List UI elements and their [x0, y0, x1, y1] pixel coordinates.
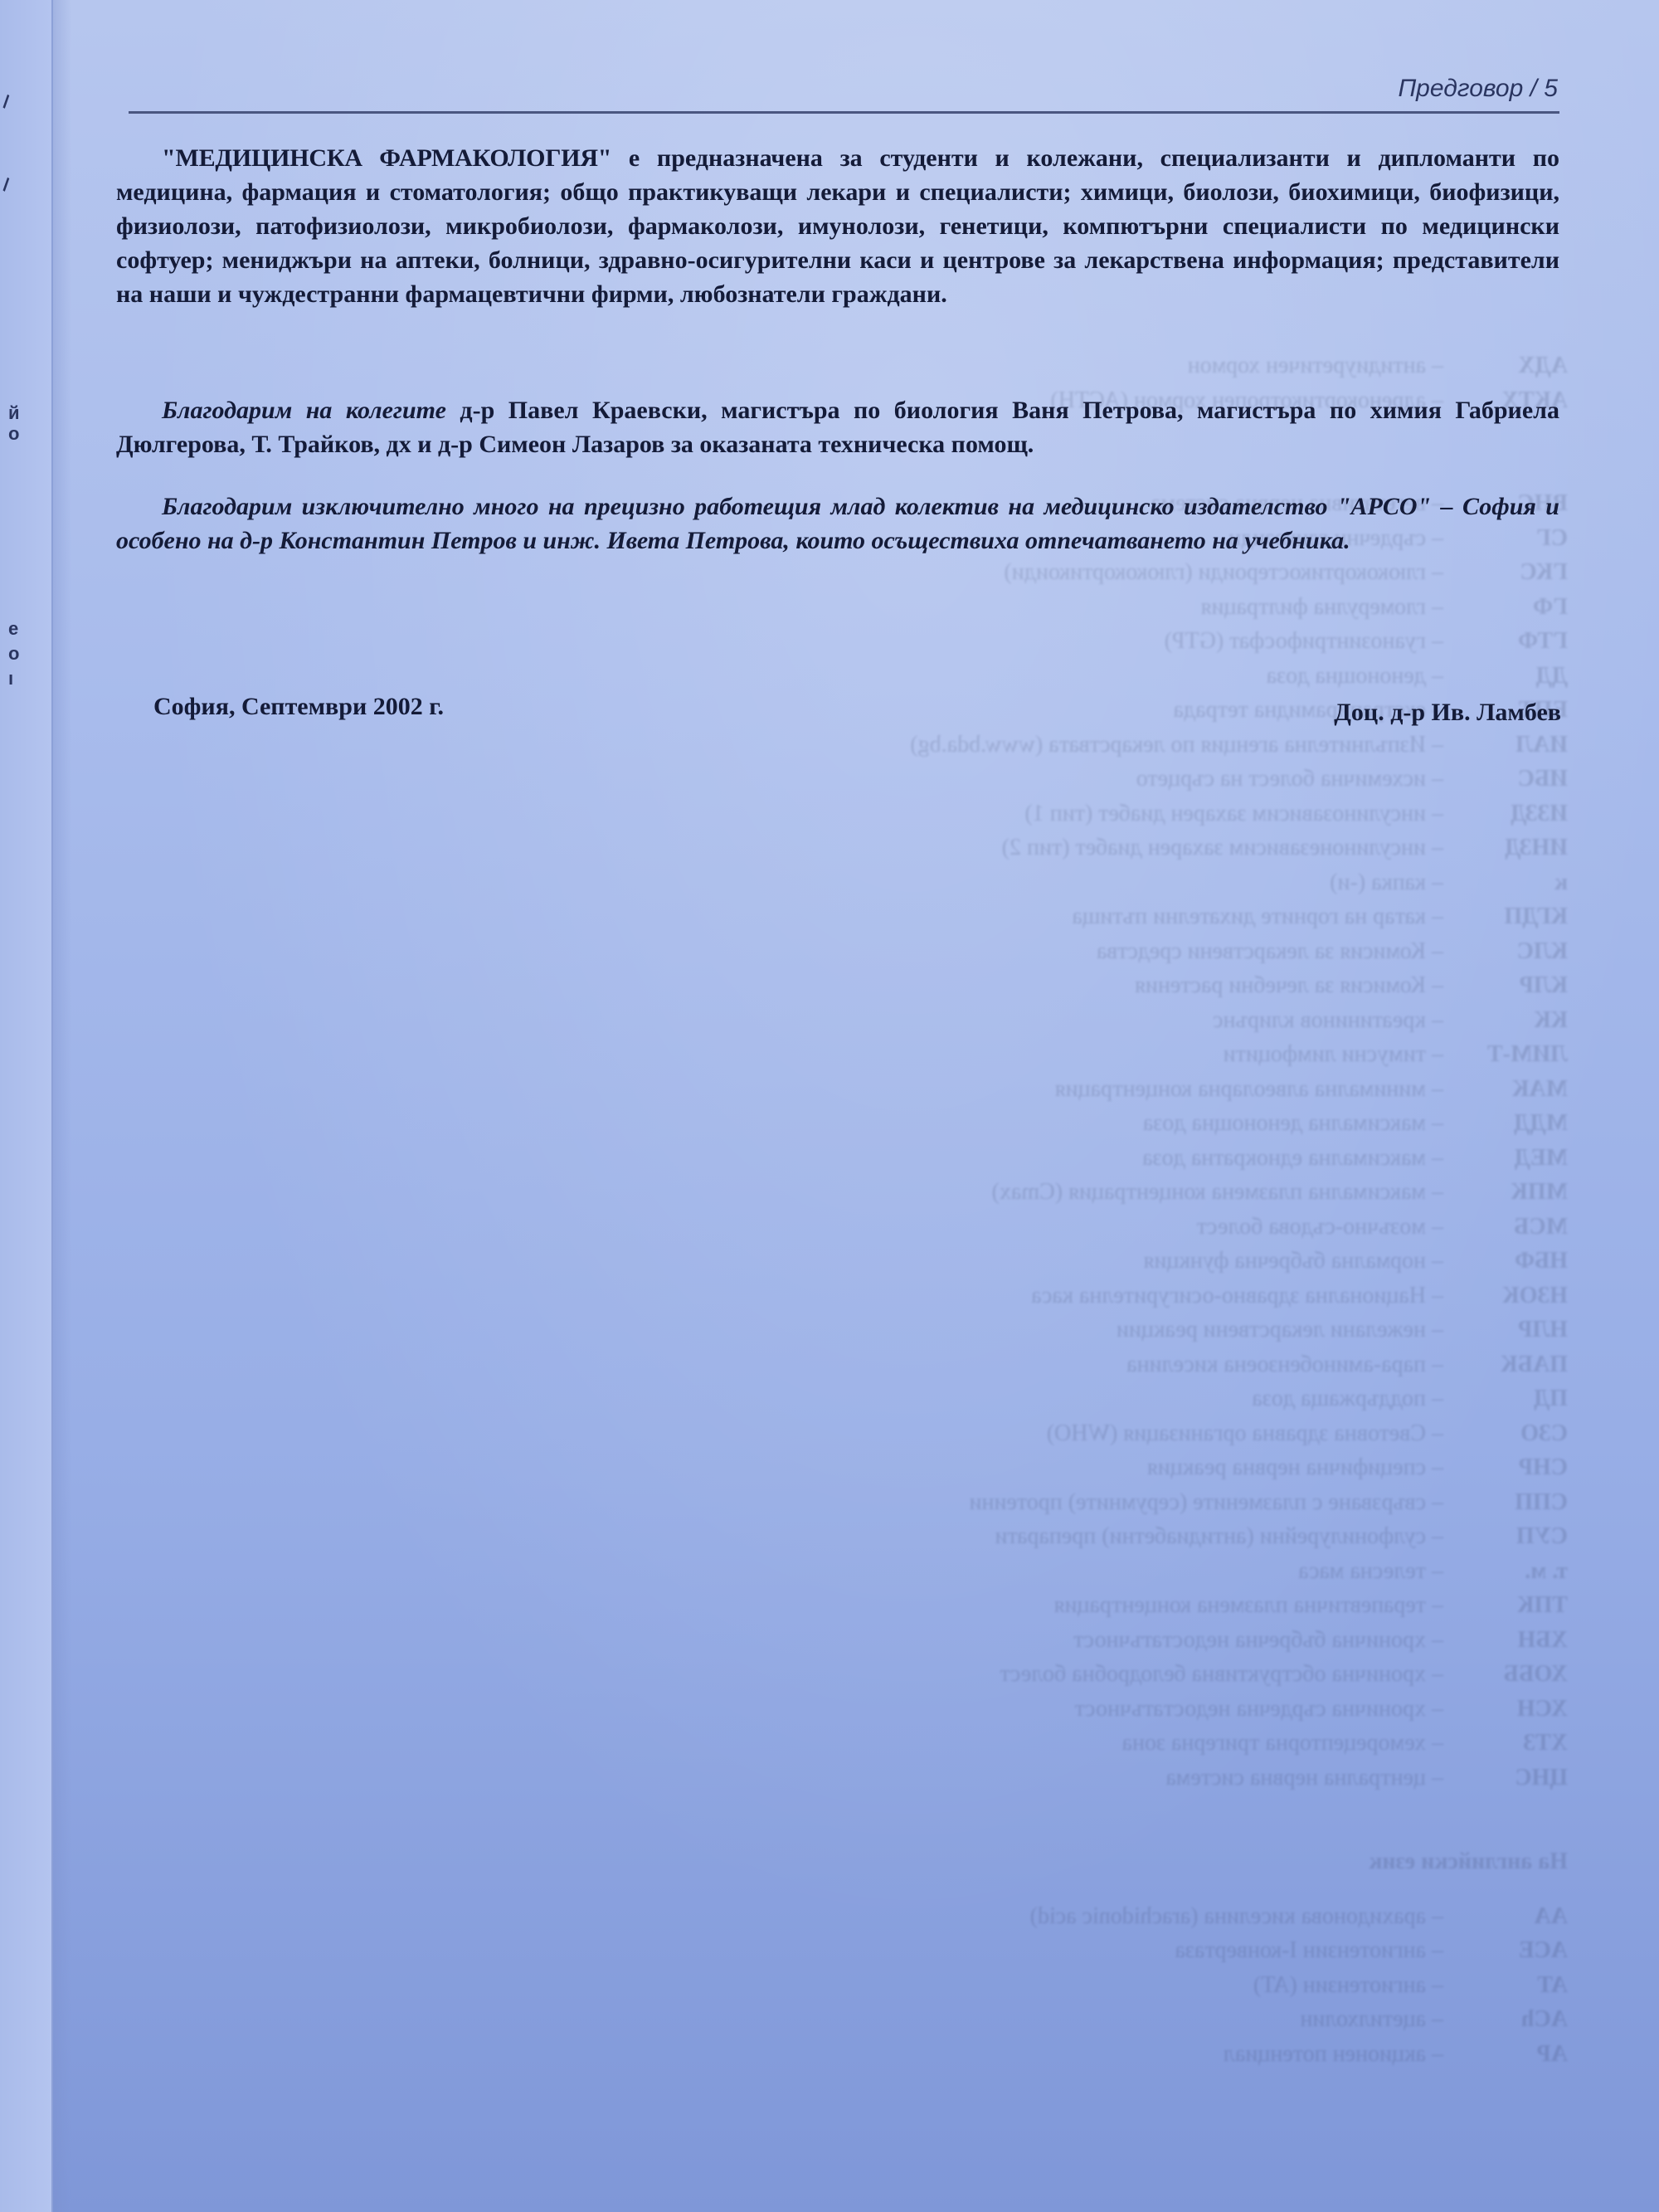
bleed-desc: – хронична обструктивна белодробна болес…	[713, 1657, 1443, 1692]
bleed-desc: – максимална еднократна доза	[713, 1141, 1443, 1176]
bleed-desc: – инсулинозависим захарен диабет (тип 1)	[713, 797, 1443, 831]
thanks-publisher-text: Благодарим изключително много на прецизн…	[116, 493, 1559, 554]
bleed-row: ДД– денонощна доза	[713, 659, 1568, 694]
bleed-abbr: ХСН	[1443, 1692, 1568, 1727]
bleed-through-text: АДХ– антидиуретичен хормонАКТХ– адреноко…	[713, 348, 1568, 2071]
bleed-row: ХСН– хронична сърдечна недостатъчност	[713, 1692, 1568, 1727]
margin-mark: \	[0, 91, 13, 113]
bleed-desc: – денонощна доза	[713, 659, 1443, 694]
bleed-row: AP– акционен потенциал	[713, 2037, 1568, 2072]
bleed-desc: – пара-аминобензоена киселина	[713, 1347, 1443, 1382]
bleed-desc: – ангиотензин (AT)	[713, 1968, 1443, 2003]
bleed-desc: – ацетилхолин	[713, 2002, 1443, 2037]
bleed-desc: – катар на горните дихателни пътища	[713, 899, 1443, 934]
bleed-abbr: МЕД	[1443, 1141, 1568, 1176]
thanks-publisher-paragraph: Благодарим изключително много на прецизн…	[116, 490, 1559, 558]
bleed-desc: – терапевтична плазмена концентрация	[713, 1588, 1443, 1623]
bleed-abbr: к	[1443, 865, 1568, 900]
bleed-abbr: ЛИМ-Т	[1443, 1037, 1568, 1072]
bleed-desc: – хеморецепторна тригерна зона	[713, 1726, 1443, 1761]
bleed-abbr: ИАЛ	[1443, 728, 1568, 763]
bleed-row: ЛИМ-Т– тимусни лимфоцити	[713, 1037, 1568, 1072]
bleed-abbr: МПК	[1443, 1175, 1568, 1210]
bleed-row: ИНЗД– инсулинонезависим захарен диабет (…	[713, 831, 1568, 865]
bleed-abbr: НЗОК	[1443, 1279, 1568, 1313]
bleed-abbr: СУП	[1443, 1519, 1568, 1554]
bleed-row: КГДП– катар на горните дихателни пътища	[713, 899, 1568, 934]
bleed-abbreviation-list-english: AA– арахидонова киселина (arachidonic ac…	[713, 1899, 1568, 2072]
bleed-abbr: КЛР	[1443, 968, 1568, 1003]
bleed-abbreviation-list: АДХ– антидиуретичен хормонАКТХ– адреноко…	[713, 348, 1568, 1795]
bleed-desc: – Световна здравна организация (WHO)	[713, 1416, 1443, 1451]
bleed-desc: – гуанозинтрифосфат (GTP)	[713, 624, 1443, 659]
bleed-abbr: ХТЗ	[1443, 1726, 1568, 1761]
intro-paragraph: "МЕДИЦИНСКА ФАРМАКОЛОГИЯ" е предназначен…	[116, 141, 1559, 311]
bleed-row: ХТЗ– хеморецепторна тригерна зона	[713, 1726, 1568, 1761]
bleed-abbr: ЦНС	[1443, 1761, 1568, 1795]
margin-mark: \	[0, 174, 13, 196]
bleed-desc: – капка (-и)	[713, 865, 1443, 900]
bleed-abbr: ПД	[1443, 1381, 1568, 1416]
bleed-desc: – гломерулна филтрация	[713, 590, 1443, 625]
bleed-abbr: МСБ	[1443, 1210, 1568, 1245]
bleed-row: ПАБК– пара-аминобензоена киселина	[713, 1347, 1568, 1382]
bleed-desc: – централна нервна система	[713, 1761, 1443, 1795]
bleed-row: ИАЛ– Изпълнителна агенция по лекарствата…	[713, 728, 1568, 763]
bleed-row: AT– ангиотензин (AT)	[713, 1968, 1568, 2003]
book-gutter	[51, 0, 71, 2212]
bleed-desc: – инсулинонезависим захарен диабет (тип …	[713, 831, 1443, 865]
bleed-abbr: АДХ	[1443, 348, 1568, 383]
bleed-desc: – антидиуретичен хормон	[713, 348, 1443, 383]
bleed-desc: – Комисия за лечебни растения	[713, 968, 1443, 1003]
bleed-desc: – нормална бъбречна функция	[713, 1244, 1443, 1279]
bleed-abbr: СНР	[1443, 1450, 1568, 1485]
bleed-abbr: ТПК	[1443, 1588, 1568, 1623]
bleed-abbr: КК	[1443, 1003, 1568, 1038]
bleed-abbr: МДД	[1443, 1106, 1568, 1141]
bleed-desc: – хронична бъбречна недостатъчност	[713, 1623, 1443, 1658]
bleed-row: ACh– ацетилхолин	[713, 2002, 1568, 2037]
thanks-lead: Благодарим на колегите	[162, 397, 446, 424]
bleed-desc: – акционен потенциал	[713, 2037, 1443, 2072]
bleed-row: ГФ– гломерулна филтрация	[713, 590, 1568, 625]
bleed-desc: – свързване с плазмените (серумните) про…	[713, 1485, 1443, 1520]
bleed-desc: – ангиотензин I-конвертаза	[713, 1933, 1443, 1968]
signature-author: Доц. д-р Ив. Ламбев	[1334, 699, 1561, 727]
bleed-row: СПП– свързване с плазмените (серумните) …	[713, 1485, 1568, 1520]
bleed-row: МДД– максимална денонощна доза	[713, 1106, 1568, 1141]
bleed-desc: – телесна маса	[713, 1554, 1443, 1589]
bleed-abbr: МАК	[1443, 1072, 1568, 1107]
bleed-desc: – креатининов клирънс	[713, 1003, 1443, 1038]
bleed-desc: – максимална плазмена концентрация (Cmax…	[713, 1175, 1443, 1210]
bleed-row: МАК– минимална алвеоларна концентрация	[713, 1072, 1568, 1107]
bleed-row: ПД– поддържаща доза	[713, 1381, 1568, 1416]
bleed-desc: – арахидонова киселина (arachidonic acid…	[713, 1899, 1443, 1934]
bleed-abbr: ИНЗД	[1443, 831, 1568, 865]
margin-mark: о	[8, 423, 19, 445]
bleed-row: СЗО– Световна здравна организация (WHO)	[713, 1416, 1568, 1451]
bleed-row: ГТФ– гуанозинтрифосфат (GTP)	[713, 624, 1568, 659]
bleed-row: МПК– максимална плазмена концентрация (C…	[713, 1175, 1568, 1210]
bleed-row: НЛР– нежелани лекарствени реакции	[713, 1313, 1568, 1347]
bleed-desc: – специфична нервна реакция	[713, 1450, 1443, 1485]
bleed-abbr: ДД	[1443, 659, 1568, 694]
bleed-abbr: ГТФ	[1443, 624, 1568, 659]
bleed-row: ХОББ– хронична обструктивна белодробна б…	[713, 1657, 1568, 1692]
bleed-row: МСБ– мозъчно-съдова болест	[713, 1210, 1568, 1245]
signature-place-date: София, Септември 2002 г.	[153, 693, 444, 721]
bleed-row: НБФ– нормална бъбречна функция	[713, 1244, 1568, 1279]
bleed-row: КЛР– Комисия за лечебни растения	[713, 968, 1568, 1003]
bleed-abbr: ПАБК	[1443, 1347, 1568, 1382]
bleed-abbr: ХБН	[1443, 1623, 1568, 1658]
bleed-abbr: КГДП	[1443, 899, 1568, 934]
bleed-abbr: ИБС	[1443, 762, 1568, 797]
bleed-row: КЛС– Комисия за лекарствени средства	[713, 934, 1568, 969]
running-title: Предговор / 5	[1398, 75, 1558, 103]
margin-mark: е	[8, 618, 18, 640]
bleed-row: ИБС– исхемична болест на сърцето	[713, 762, 1568, 797]
previous-page-edge: \ \ й о е о ı	[0, 0, 53, 2212]
bleed-desc: – максимална денонощна доза	[713, 1106, 1443, 1141]
bleed-abbr: НБФ	[1443, 1244, 1568, 1279]
bleed-abbr: AP	[1443, 2037, 1568, 2072]
bleed-row: т. м.– телесна маса	[713, 1554, 1568, 1589]
thanks-colleagues-paragraph: Благодарим на колегите д-р Павел Краевск…	[116, 393, 1559, 461]
bleed-abbr: ГКС	[1443, 555, 1568, 590]
bleed-abbr: AT	[1443, 1968, 1568, 2003]
bleed-row: ЦНС– централна нервна система	[713, 1761, 1568, 1795]
margin-mark: ı	[8, 668, 13, 689]
bleed-abbr: т. м.	[1443, 1554, 1568, 1589]
bleed-desc: – исхемична болест на сърцето	[713, 762, 1443, 797]
running-header: Предговор / 5	[129, 70, 1559, 114]
bleed-abbr: ACE	[1443, 1933, 1568, 1968]
bleed-desc: – Изпълнителна агенция по лекарствата (w…	[713, 728, 1443, 763]
bleed-desc: – глюкокортикостероиди (глюкокортикоиди)	[713, 555, 1443, 590]
bleed-row: ИЗЗД– инсулинозависим захарен диабет (ти…	[713, 797, 1568, 831]
margin-mark: й	[8, 402, 20, 424]
bleed-abbr: СЗО	[1443, 1416, 1568, 1451]
bleed-row: ГКС– глюкокортикостероиди (глюкокортикои…	[713, 555, 1568, 590]
bleed-desc: – тимусни лимфоцити	[713, 1037, 1443, 1072]
bleed-row: АДХ– антидиуретичен хормон	[713, 348, 1568, 383]
bleed-row: ACE– ангиотензин I-конвертаза	[713, 1933, 1568, 1968]
bleed-abbr: ИЗЗД	[1443, 797, 1568, 831]
bleed-row: СУП– сулфонилурейни (антидиабетни) препа…	[713, 1519, 1568, 1554]
bleed-abbr: ГФ	[1443, 590, 1568, 625]
bleed-desc: – хронична сърдечна недостатъчност	[713, 1692, 1443, 1727]
bleed-row: AA– арахидонова киселина (arachidonic ac…	[713, 1899, 1568, 1934]
bleed-desc: – нежелани лекарствени реакции	[713, 1313, 1443, 1347]
bleed-row: СНР– специфична нервна реакция	[713, 1450, 1568, 1485]
bleed-heading: На английски език	[713, 1844, 1568, 1879]
bleed-desc: – поддържаща доза	[713, 1381, 1443, 1416]
bleed-row: МЕД– максимална еднократна доза	[713, 1141, 1568, 1176]
book-title: "МЕДИЦИНСКА ФАРМАКОЛОГИЯ"	[162, 144, 611, 172]
bleed-row: КК– креатининов клирънс	[713, 1003, 1568, 1038]
bleed-abbr: ХОББ	[1443, 1657, 1568, 1692]
bleed-desc: – мозъчно-съдова болест	[713, 1210, 1443, 1245]
bleed-abbr: СПП	[1443, 1485, 1568, 1520]
margin-mark: о	[8, 643, 19, 665]
bleed-desc: – минимална алвеоларна концентрация	[713, 1072, 1443, 1107]
bleed-row: ХБН– хронична бъбречна недостатъчност	[713, 1623, 1568, 1658]
bleed-row: к– капка (-и)	[713, 865, 1568, 900]
bleed-row: ТПК– терапевтична плазмена концентрация	[713, 1588, 1568, 1623]
bleed-abbr: КЛС	[1443, 934, 1568, 969]
bleed-desc: – Комисия за лекарствени средства	[713, 934, 1443, 969]
bleed-abbr: ACh	[1443, 2002, 1568, 2037]
bleed-desc: – сулфонилурейни (антидиабетни) препарат…	[713, 1519, 1443, 1554]
bleed-desc: – Национална здравно-осигурителна каса	[713, 1279, 1443, 1313]
bleed-abbr: НЛР	[1443, 1313, 1568, 1347]
bleed-abbr: AA	[1443, 1899, 1568, 1934]
bleed-row: НЗОК– Национална здравно-осигурителна ка…	[713, 1279, 1568, 1313]
